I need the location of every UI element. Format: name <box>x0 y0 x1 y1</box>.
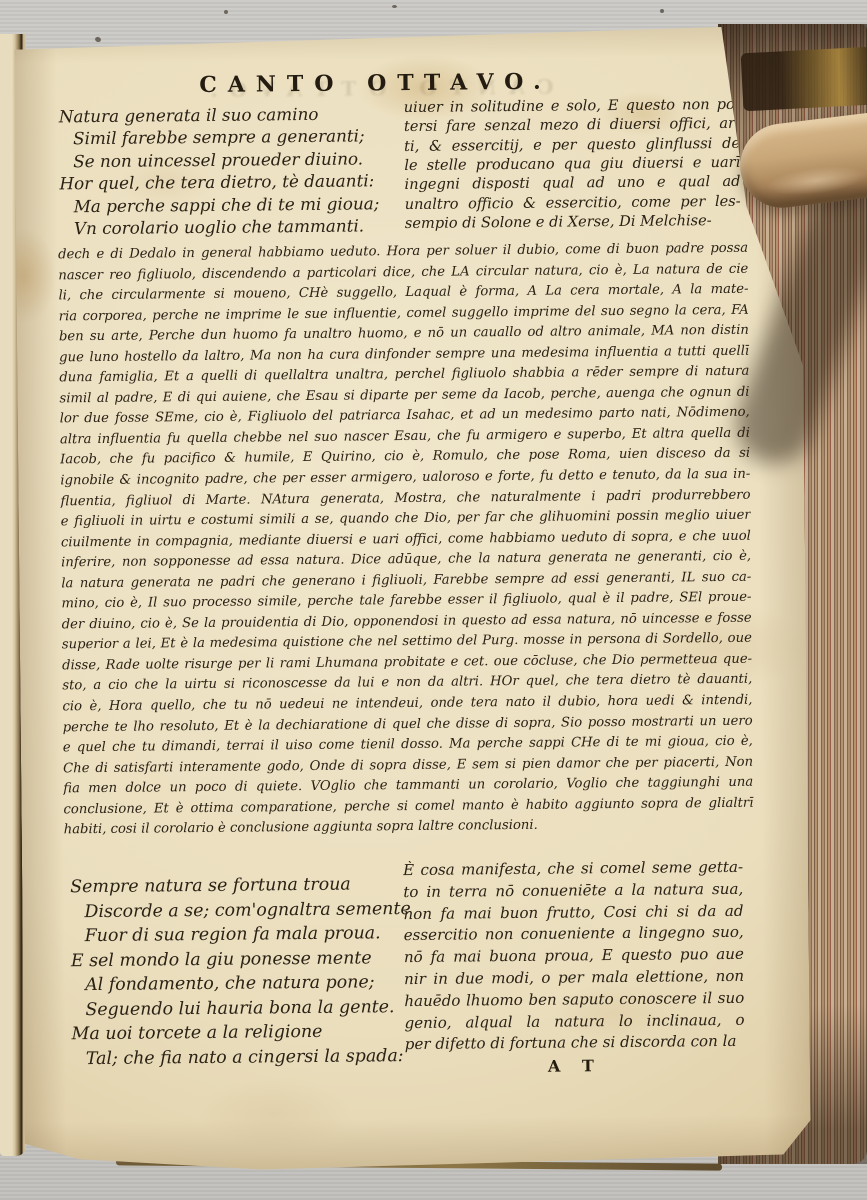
prose-commentary: dech e di Dedalo in general habbiamo ued… <box>58 239 754 841</box>
dust-speck <box>94 36 101 43</box>
verse-line: Ma uoi torcete a la religione <box>72 1019 416 1047</box>
verse-line: Vn corolario uoglio che tammanti. <box>74 214 408 240</box>
commentary-line: sempio di Solone e di Xerse, Di Melchise… <box>405 211 741 234</box>
verse-line: Al fondamento, che natura pone; <box>85 970 415 998</box>
binding-top-corner <box>741 47 867 112</box>
commentary-line: È cosa manifesta, che si comel seme gett… <box>403 857 743 882</box>
dust-speck <box>224 10 228 14</box>
commentary-line: nir in due modi, o per mala elettione, n… <box>404 966 744 991</box>
commentary-line: to in terra nō conueniēte a la natura su… <box>403 879 743 904</box>
verse-line: Simil farebbe sempre a generanti; <box>73 124 407 150</box>
verse-line: Natura generata il suo camino <box>59 102 407 128</box>
verse-line: Ma perche sappi che di te mi gioua; <box>74 192 408 218</box>
verse-line: Discorde a se; com'ognaltra semente <box>84 896 414 924</box>
commentary-line: hauēdo lhuomo ben saputo conoscere il su… <box>404 988 744 1013</box>
bottom-verse: Sempre natura se fortuna trouaDiscorde a… <box>70 872 416 1071</box>
top-commentary: uiuer in solitudine e solo, E questo non… <box>404 95 741 234</box>
book-page: CANTO OTTAVO. CANTO OTTAVO. Natura gener… <box>14 26 811 1171</box>
verse-line: Seguendo lui hauria bona la gente. <box>85 994 415 1022</box>
verse-line: Hor quel, che tera dietro, tè dauanti: <box>59 169 407 195</box>
commentary-line: per difetto di fortuna che si discorda c… <box>405 1031 745 1056</box>
bottom-commentary: È cosa manifesta, che si comel seme gett… <box>403 857 745 1056</box>
verse-line: E sel mondo la giu ponesse mente <box>71 945 415 973</box>
signature-mark: A T <box>405 1055 745 1077</box>
top-verse: Natura generata il suo caminoSimil fareb… <box>59 102 408 240</box>
verse-line: Fuor di sua region fa mala proua. <box>85 921 415 949</box>
verse-line: Sempre natura se fortuna troua <box>70 872 414 900</box>
verse-line: Tal; che fia nato a cingersi la spada: <box>86 1043 416 1071</box>
verse-line: Se non uincessel proueder diuino. <box>73 147 407 173</box>
dust-speck <box>660 9 664 13</box>
dust-speck <box>392 5 397 8</box>
